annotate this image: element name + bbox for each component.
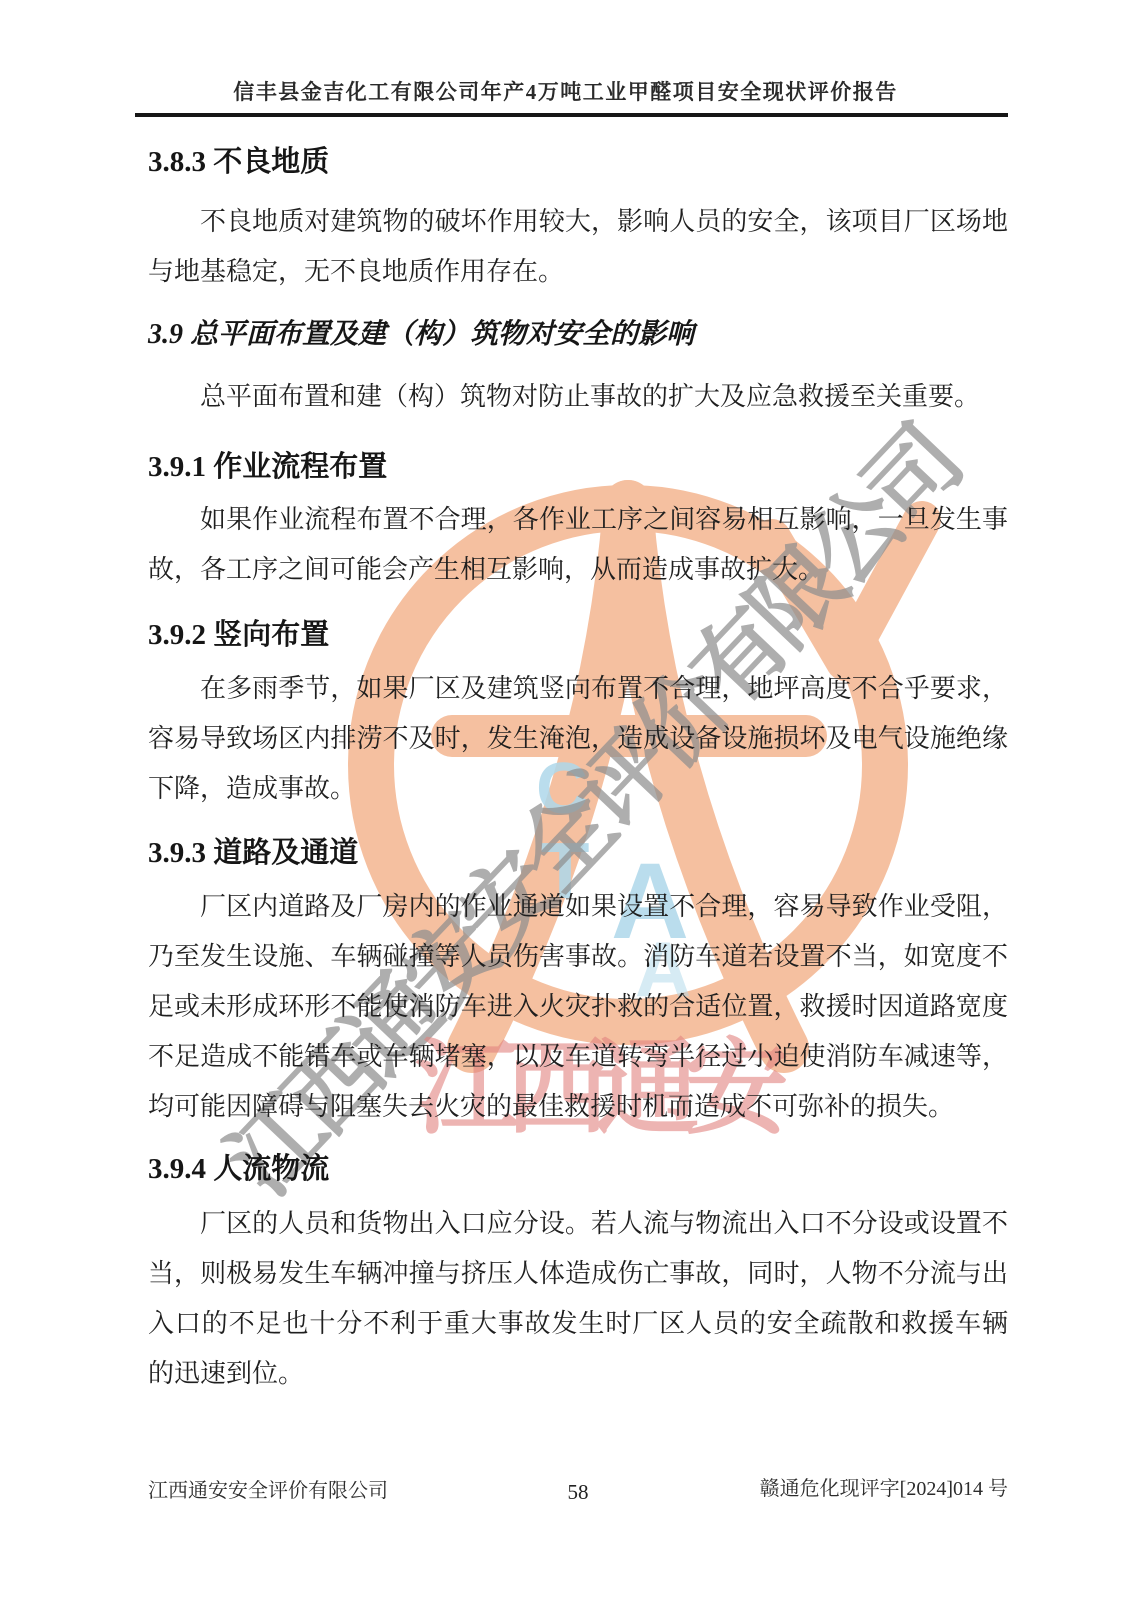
page-content: 信丰县金吉化工有限公司年产4万吨工业甲醛项目安全现状评价报告 3.8.3 不良地…: [0, 0, 1131, 1600]
footer-doc-number: 赣通危化现评字[2024]014 号: [760, 1472, 1008, 1501]
paragraph-3-9-1: 如果作业流程布置不合理，各作业工序之间容易相互影响，一旦发生事故，各工序之间可能…: [148, 495, 1008, 595]
text-line: 在多雨季节，如果厂区及建筑竖向布置不合理，地坪高度不合乎要求，: [148, 664, 1008, 714]
section-heading-3-9-2: 3.9.2 竖向布置: [148, 613, 1008, 657]
header-rule: [135, 113, 1008, 117]
text-line: 与地基稳定，无不良地质作用存在。: [148, 247, 1008, 297]
section-heading-3-9-3: 3.9.3 道路及通道: [148, 831, 1008, 875]
text-line: 当，则极易发生车辆冲撞与挤压人体造成伤亡事故，同时，人物不分流与出: [148, 1249, 1008, 1299]
text-line: 足或未形成环形不能使消防车进入火灾扑救的合适位置，救援时因道路宽度: [148, 982, 1008, 1032]
paragraph-3-9: 总平面布置和建（构）筑物对防止事故的扩大及应急救援至关重要。: [148, 372, 1008, 422]
page-header-title: 信丰县金吉化工有限公司年产4万吨工业甲醛项目安全现状评价报告: [0, 76, 1131, 106]
document-page: C T A A 江西通安安全评价有限公司 江西通安 信丰县金吉化工有限公司年产4…: [0, 0, 1131, 1600]
text-line: 的迅速到位。: [148, 1349, 1008, 1399]
paragraph-3-9-4: 厂区的人员和货物出入口应分设。若人流与物流出入口不分设或设置不当，则极易发生车辆…: [148, 1199, 1008, 1399]
paragraph-3-9-3: 厂区内道路及厂房内的作业通道如果设置不合理，容易导致作业受阻，乃至发生设施、车辆…: [148, 882, 1008, 1132]
section-heading-3-8-3: 3.8.3 不良地质: [148, 140, 1008, 184]
text-line: 厂区的人员和货物出入口应分设。若人流与物流出入口不分设或设置不: [148, 1199, 1008, 1249]
text-line: 不良地质对建筑物的破坏作用较大，影响人员的安全，该项目厂区场地: [148, 197, 1008, 247]
text-line: 总平面布置和建（构）筑物对防止事故的扩大及应急救援至关重要。: [148, 372, 1008, 422]
text-line: 厂区内道路及厂房内的作业通道如果设置不合理，容易导致作业受阻，: [148, 882, 1008, 932]
text-line: 入口的不足也十分不利于重大事故发生时厂区人员的安全疏散和救援车辆: [148, 1299, 1008, 1349]
footer-company: 江西通安安全评价有限公司: [148, 1474, 388, 1503]
footer-page-number: 58: [561, 1480, 595, 1505]
text-line: 乃至发生设施、车辆碰撞等人员伤害事故。消防车道若设置不当，如宽度不: [148, 932, 1008, 982]
text-line: 均可能因障碍与阻塞失去火灾的最佳救援时机而造成不可弥补的损失。: [148, 1082, 1008, 1132]
section-heading-3-9-4: 3.9.4 人流物流: [148, 1147, 1008, 1191]
paragraph-3-8-3: 不良地质对建筑物的破坏作用较大，影响人员的安全，该项目厂区场地与地基稳定，无不良…: [148, 197, 1008, 297]
text-line: 下降，造成事故。: [148, 764, 1008, 814]
text-line: 容易导致场区内排涝不及时，发生淹泡，造成设备设施损坏及电气设施绝缘: [148, 714, 1008, 764]
text-line: 不足造成不能错车或车辆堵塞，以及车道转弯半径过小迫使消防车减速等，: [148, 1032, 1008, 1082]
section-heading-3-9-1: 3.9.1 作业流程布置: [148, 445, 1008, 489]
page-footer: 江西通安安全评价有限公司 58 赣通危化现评字[2024]014 号: [148, 1470, 1008, 1506]
text-line: 如果作业流程布置不合理，各作业工序之间容易相互影响，一旦发生事: [148, 495, 1008, 545]
text-line: 故，各工序之间可能会产生相互影响，从而造成事故扩大。: [148, 545, 1008, 595]
paragraph-3-9-2: 在多雨季节，如果厂区及建筑竖向布置不合理，地坪高度不合乎要求，容易导致场区内排涝…: [148, 664, 1008, 814]
section-heading-3-9: 3.9 总平面布置及建（构）筑物对安全的影响: [148, 312, 1008, 358]
